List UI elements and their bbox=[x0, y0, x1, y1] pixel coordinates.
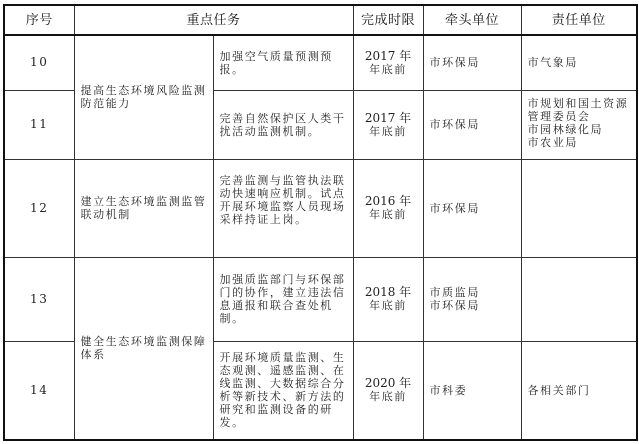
task-detail: 完善自然保护区人类干扰活动监测机制。 bbox=[213, 90, 353, 159]
deadline-suffix: 年底前 bbox=[360, 208, 417, 221]
lead-unit: 市环保局 bbox=[423, 35, 521, 90]
responsible-unit: 各相关部门 bbox=[521, 341, 637, 440]
deadline: 2018 年 年底前 bbox=[353, 257, 423, 341]
lead-unit: 市环保局 bbox=[423, 90, 521, 159]
header-responsible-unit: 责任单位 bbox=[521, 5, 637, 35]
deadline-year: 2017 年 bbox=[360, 50, 417, 63]
responsible-unit bbox=[521, 257, 637, 341]
key-tasks-table: 序号 重点任务 完成时限 牵头单位 责任单位 10 提高生态环境风险监测防范能力… bbox=[3, 4, 638, 441]
responsible-unit-name: 市规划和国土资源管理委员会 bbox=[528, 97, 631, 123]
lead-unit-name: 市质监局 bbox=[430, 286, 515, 299]
deadline-year: 2018 年 bbox=[360, 286, 417, 299]
responsible-unit bbox=[521, 159, 637, 257]
lead-unit: 市质监局 市环保局 bbox=[423, 257, 521, 341]
deadline-suffix: 年底前 bbox=[360, 390, 417, 403]
task-detail: 加强质监部门与环保部门的协作，建立违法信息通报和联合查处机制。 bbox=[213, 257, 353, 341]
task-group: 建立生态环境监测监管联动机制 bbox=[74, 159, 213, 257]
row-index: 14 bbox=[4, 341, 74, 440]
header-lead-unit: 牵头单位 bbox=[423, 5, 521, 35]
deadline: 2017 年 年底前 bbox=[353, 90, 423, 159]
deadline-suffix: 年底前 bbox=[360, 299, 417, 312]
task-detail: 加强空气质量预测预报。 bbox=[213, 35, 353, 90]
responsible-unit: 市气象局 bbox=[521, 35, 637, 90]
responsible-unit-name: 市园林绿化局 bbox=[528, 123, 631, 136]
lead-unit-name: 市科委 bbox=[430, 384, 515, 397]
responsible-unit-name: 市气象局 bbox=[528, 56, 631, 69]
lead-unit-name: 市环保局 bbox=[430, 299, 515, 312]
responsible-unit-name: 市农业局 bbox=[528, 136, 631, 149]
row-index: 11 bbox=[4, 90, 74, 159]
deadline: 2016 年 年底前 bbox=[353, 159, 423, 257]
task-detail: 开展环境质量监测、生态观测、遥感监测、在线监测、大数据综合分析等新技术、新方法的… bbox=[213, 341, 353, 440]
deadline-year: 2016 年 bbox=[360, 195, 417, 208]
lead-unit-name: 市环保局 bbox=[430, 202, 515, 215]
header-row: 序号 重点任务 完成时限 牵头单位 责任单位 bbox=[4, 5, 637, 35]
responsible-unit-name: 各相关部门 bbox=[528, 384, 631, 397]
deadline-suffix: 年底前 bbox=[360, 125, 417, 138]
table-row: 13 健全生态环境监测保障体系 加强质监部门与环保部门的协作，建立违法信息通报和… bbox=[4, 257, 637, 341]
table-row: 10 提高生态环境风险监测防范能力 加强空气质量预测预报。 2017 年 年底前… bbox=[4, 35, 637, 90]
deadline-year: 2017 年 bbox=[360, 112, 417, 125]
responsible-unit: 市规划和国土资源管理委员会 市园林绿化局 市农业局 bbox=[521, 90, 637, 159]
lead-unit: 市环保局 bbox=[423, 159, 521, 257]
lead-unit: 市科委 bbox=[423, 341, 521, 440]
header-deadline: 完成时限 bbox=[353, 5, 423, 35]
deadline: 2020 年 年底前 bbox=[353, 341, 423, 440]
row-index: 13 bbox=[4, 257, 74, 341]
row-index: 10 bbox=[4, 35, 74, 90]
row-index: 12 bbox=[4, 159, 74, 257]
deadline-suffix: 年底前 bbox=[360, 63, 417, 76]
task-group: 提高生态环境风险监测防范能力 bbox=[74, 35, 213, 159]
lead-unit-name: 市环保局 bbox=[430, 118, 515, 131]
deadline-year: 2020 年 bbox=[360, 377, 417, 390]
task-group: 健全生态环境监测保障体系 bbox=[74, 257, 213, 440]
header-task: 重点任务 bbox=[74, 5, 353, 35]
deadline: 2017 年 年底前 bbox=[353, 35, 423, 90]
table-row: 12 建立生态环境监测监管联动机制 完善监测与监管执法联动快速响应机制。试点开展… bbox=[4, 159, 637, 257]
header-index: 序号 bbox=[4, 5, 74, 35]
task-detail: 完善监测与监管执法联动快速响应机制。试点开展环境监察人员现场采样持证上岗。 bbox=[213, 159, 353, 257]
lead-unit-name: 市环保局 bbox=[430, 56, 515, 69]
